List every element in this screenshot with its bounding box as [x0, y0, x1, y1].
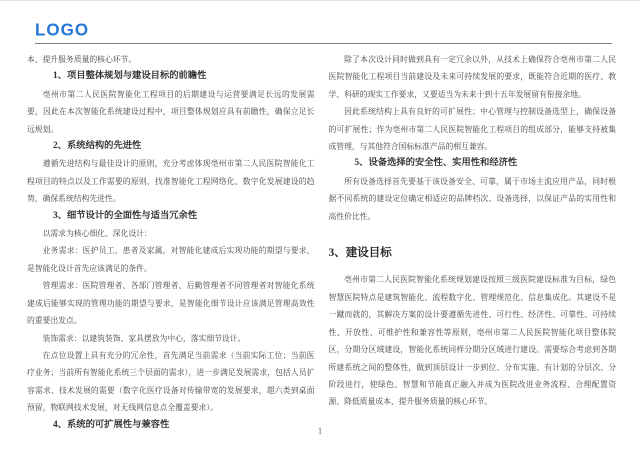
left-column: 本、提升服务质量的核心环节。 1、项目整体规划与建设目标的前瞻性 亳州市第二人民…	[27, 51, 315, 434]
page-number: 1	[0, 426, 640, 436]
company-logo: LOGO	[35, 21, 89, 39]
body-paragraph: 以需求为核心细化、深化设计：	[27, 225, 315, 242]
body-paragraph: 装饰需求：以建筑装饰、家具摆放为中心，落实细节设计。	[27, 330, 315, 347]
page-header: LOGO	[0, 1, 640, 44]
document-page: { "page": { "number": "1" }, "header": {…	[0, 0, 640, 453]
body-paragraph: 亳州市第二人民医院智能化工程项目的后期建设与运营要满足长远的发展需要，因此在本次…	[27, 86, 315, 138]
body-paragraph: 除了本次设计同时做到具有一定冗余以外，从技术上确保符合亳州市第二人民医院智能化工…	[329, 51, 617, 103]
two-column-body: 本、提升服务质量的核心环节。 1、项目整体规划与建设目标的前瞻性 亳州市第二人民…	[0, 44, 640, 434]
body-paragraph: 本、提升服务质量的核心环节。	[27, 51, 315, 68]
right-column: 除了本次设计同时做到具有一定冗余以外，从技术上确保符合亳州市第二人民医院智能化工…	[329, 51, 617, 434]
numbered-heading-2: 2、系统结构的先进性	[27, 138, 315, 155]
numbered-heading-5: 5、设备选择的安全性、实用性和经济性	[329, 155, 617, 172]
body-paragraph: 在点位设置上具有充分的冗余性，首先满足当前需求（当前实际工位；当前医疗业务；当前…	[27, 347, 315, 417]
body-paragraph: 业务需求：医护员工、患者及家属，对智能化建成后实现功能的期望与要求，是智能化设计…	[27, 242, 315, 277]
numbered-heading-3: 3、细节设计的全面性与适当冗余性	[27, 208, 315, 225]
body-paragraph: 遵循先进结构与最佳设计的原则，充分考虑体现亳州市第二人民医院智能化工程项目的特点…	[27, 155, 315, 207]
body-paragraph: 因此系统结构上具有良好的可扩展性；中心管理与控制设备选型上，确保设备的可扩展性；…	[329, 103, 617, 155]
body-paragraph: 管理需求：医院管理者、各部门管理者、后勤管理者不同管理者对智能化系统建成后能够实…	[27, 277, 315, 329]
numbered-heading-1: 1、项目整体规划与建设目标的前瞻性	[27, 68, 315, 85]
body-paragraph: 所有设备选择首先要基于该设备安全、可靠，属于市场主流应用产品，同时根据不同系统的…	[329, 173, 617, 225]
body-paragraph: 亳州市第二人民医院智能化系统规划建设按照三级医院建设标准为目标，绿色智慧医院特点…	[329, 271, 617, 410]
section-heading-construction-goals: 3、建设目标	[329, 245, 617, 262]
